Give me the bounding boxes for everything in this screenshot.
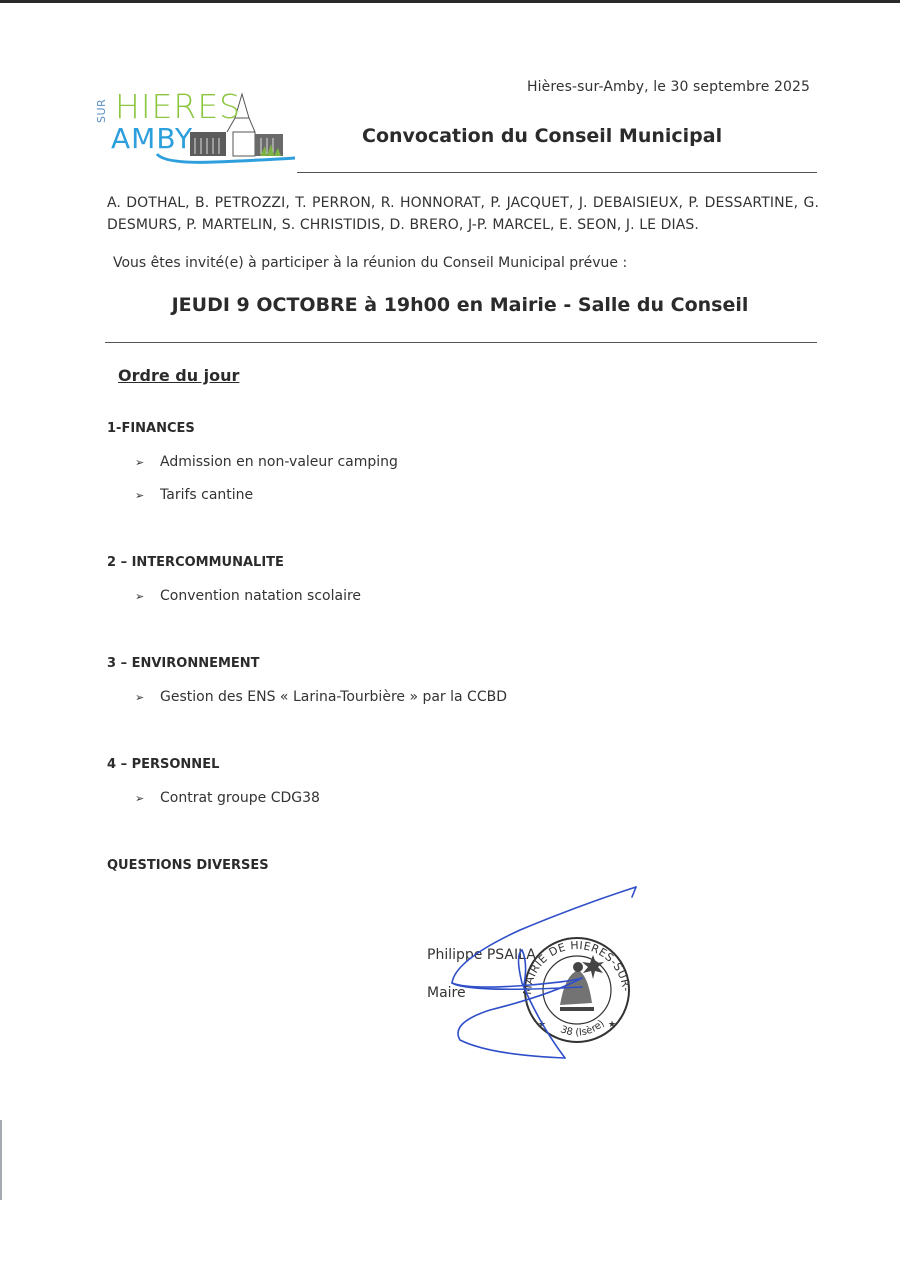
meeting-divider [105,342,817,343]
meeting-details: JEUDI 9 OCTOBRE à 19h00 en Mairie - Sall… [100,294,820,316]
title-divider [297,172,817,173]
invitation-text: Vous êtes invité(e) à participer à la ré… [113,255,627,271]
arrowhead-right-icon: ➢ [135,456,160,469]
document-title: Convocation du Conseil Municipal [362,125,722,147]
agenda-section-heading: 4 – PERSONNEL [107,757,219,772]
scan-edge-top [0,0,900,3]
agenda-item-label: Gestion des ENS « Larina-Tourbière » par… [160,689,507,705]
council-members-list: A. DOTHAL, B. PETROZZI, T. PERRON, R. HO… [107,192,819,236]
agenda-item: ➢ Admission en non-valeur camping [135,454,398,470]
stamp-bottom-text: 38 (Isère) [559,1018,607,1038]
svg-text:★: ★ [608,1020,616,1030]
agenda-section-heading: 3 – ENVIRONNEMENT [107,656,260,671]
agenda-section-heading: 1-FINANCES [107,421,195,436]
svg-text:38 (Isère): 38 (Isère) [559,1018,607,1038]
logo-line1: HIERES [115,90,241,123]
signature-and-stamp: MAIRIE DE HIERES-SUR-AMBY 38 (Isère) ★ ★ [410,875,660,1075]
agenda-item: ➢ Gestion des ENS « Larina-Tourbière » p… [135,689,507,705]
arrowhead-right-icon: ➢ [135,489,160,502]
date-line: Hières-sur-Amby, le 30 septembre 2025 [500,79,810,95]
official-stamp-icon: MAIRIE DE HIERES-SUR-AMBY 38 (Isère) ★ ★ [410,875,660,1075]
arrowhead-right-icon: ➢ [135,792,160,805]
agenda-item-label: Admission en non-valeur camping [160,454,398,470]
scan-edge-left [0,1120,2,1200]
agenda-section-heading: QUESTIONS DIVERSES [107,858,269,873]
agenda-item: ➢ Contrat groupe CDG38 [135,790,320,806]
agenda-section-heading: 2 – INTERCOMMUNALITE [107,555,284,570]
arrowhead-right-icon: ➢ [135,691,160,704]
agenda-item: ➢ Tarifs cantine [135,487,253,503]
agenda-item-label: Contrat groupe CDG38 [160,790,320,806]
agenda-item: ➢ Convention natation scolaire [135,588,361,604]
logo-line2: AMBY [111,125,193,153]
arrowhead-right-icon: ➢ [135,590,160,603]
agenda-title: Ordre du jour [118,366,239,385]
agenda-item-label: Convention natation scolaire [160,588,361,604]
logo-prefix: SUR [95,99,108,123]
agenda-item-label: Tarifs cantine [160,487,253,503]
municipality-logo: SUR HIERES AMBY [95,92,295,164]
